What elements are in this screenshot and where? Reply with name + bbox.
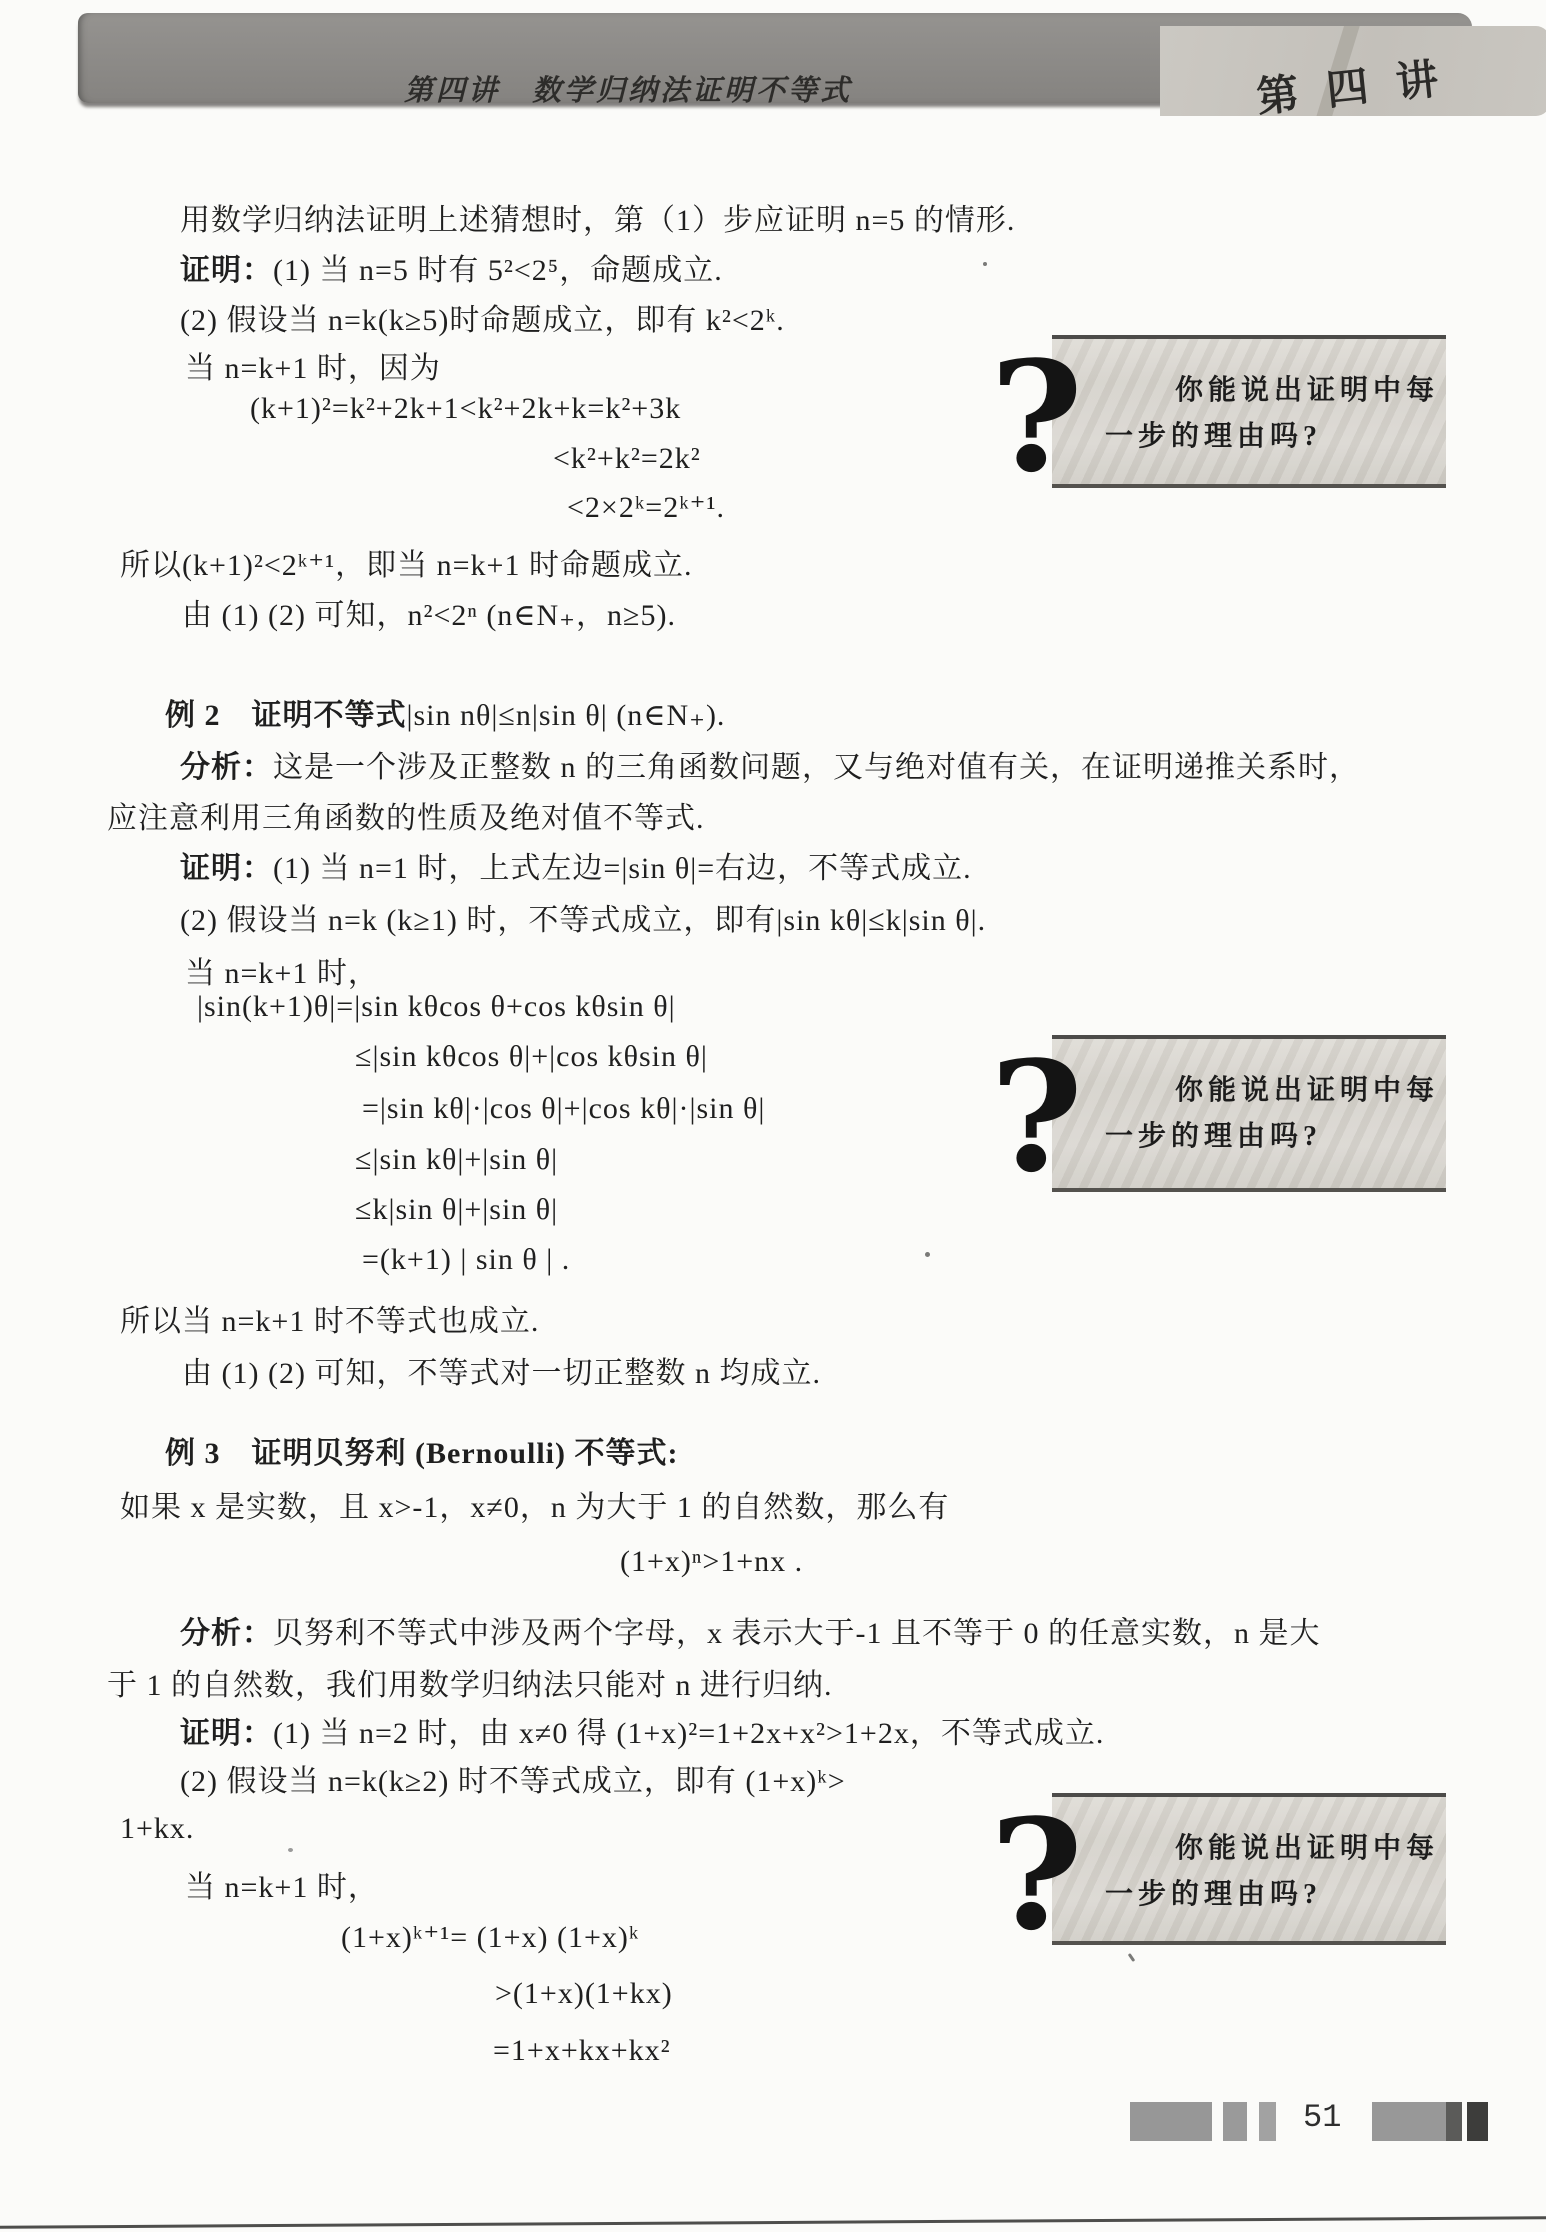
line-text: =|sin kθ|·|cos θ|+|cos kθ|·|sin θ|: [362, 1092, 765, 1125]
text-line: 当 n=k+1 时，: [185, 948, 379, 992]
footer-block: [1372, 2102, 1446, 2141]
margin-note: ? 你能说出证明中每 一步的理由吗?: [1052, 1793, 1446, 1945]
text-line: 由 (1) (2) 可知，不等式对一切正整数 n 均成立.: [182, 1348, 821, 1392]
note-text: 一步的理由吗?: [1105, 415, 1446, 459]
formula-line: (k+1)²=k²+2k+1<k²+2k+k=k²+3k: [250, 392, 681, 426]
formula-line: <k²+k²=2k²: [553, 442, 701, 476]
line-text: 当 n=k+1 时，: [185, 957, 379, 990]
line-text: 贝努利不等式中涉及两个字母，x 表示大于-1 且不等于 0 的任意实数，n 是大: [273, 1617, 1321, 1650]
line-text: 1+kx.: [120, 1812, 194, 1845]
bold-lead: 例 3 证明贝努利 (Bernoulli) 不等式:: [165, 1437, 679, 1470]
formula-line: <2×2ᵏ=2ᵏ⁺¹.: [567, 490, 725, 525]
text-line: 所以当 n=k+1 时不等式也成立.: [120, 1296, 539, 1340]
bold-lead: 证明：: [180, 254, 273, 287]
line-text: |sin(k+1)θ|=|sin kθcos θ+cos kθsin θ|: [197, 990, 676, 1023]
line-text: (2) 假设当 n=k(k≥2) 时不等式成立，即有 (1+x)ᵏ>: [180, 1765, 846, 1798]
example-2-heading: 例 2 证明不等式|sin nθ|≤n|sin θ| (n∈N₊).: [165, 690, 725, 734]
margin-note: ? 你能说出证明中每 一步的理由吗?: [1052, 335, 1446, 488]
question-mark-icon: ?: [990, 1799, 1084, 1951]
line-text: (1) 当 n=1 时，上式左边=|sin θ|=右边，不等式成立.: [273, 852, 972, 885]
chapter-corner-label: 第四讲: [1253, 43, 1468, 116]
note-text: 你能说出证明中每: [1175, 1827, 1446, 1871]
note-text: 一步的理由吗?: [1105, 1115, 1446, 1159]
line-text: =1+x+kx+kx²: [493, 2034, 671, 2067]
formula-line: >(1+x)(1+kx): [495, 1977, 673, 2011]
line-text: (2) 假设当 n=k(k≥5)时命题成立，即有 k²<2ᵏ.: [180, 304, 785, 337]
line-text: (k+1)²=k²+2k+1<k²+2k+k=k²+3k: [250, 392, 681, 425]
example-3-heading: 例 3 证明贝努利 (Bernoulli) 不等式:: [165, 1428, 679, 1472]
line-text: |sin nθ|≤n|sin θ| (n∈N₊).: [407, 699, 726, 732]
line-text: 这是一个涉及正整数 n 的三角函数问题，又与绝对值有关，在证明递推关系时，: [273, 751, 1360, 784]
scan-speck: [288, 1848, 293, 1852]
text-line: 用数学归纳法证明上述猜想时，第（1）步应证明 n=5 的情形.: [180, 195, 1015, 239]
formula-line: ≤|sin kθ|+|sin θ|: [355, 1143, 558, 1177]
margin-note: ? 你能说出证明中每 一步的理由吗?: [1052, 1035, 1446, 1192]
text-line: 分析：这是一个涉及正整数 n 的三角函数问题，又与绝对值有关，在证明递推关系时，: [180, 742, 1360, 786]
text-line: 当 n=k+1 时，: [185, 1862, 379, 1906]
line-text: ≤|sin kθcos θ|+|cos kθsin θ|: [355, 1040, 708, 1073]
text-line: 证明：(1) 当 n=2 时，由 x≠0 得 (1+x)²=1+2x+x²>1+…: [180, 1708, 1104, 1752]
line-text: 当 n=k+1 时，: [185, 1871, 379, 1904]
text-line: 由 (1) (2) 可知，n²<2ⁿ (n∈N₊，n≥5).: [182, 590, 676, 634]
line-text: <2×2ᵏ=2ᵏ⁺¹.: [567, 491, 725, 524]
line-text: 用数学归纳法证明上述猜想时，第（1）步应证明 n=5 的情形.: [180, 204, 1015, 237]
line-text: >(1+x)(1+kx): [495, 1977, 673, 2010]
scan-speck: [1128, 1953, 1136, 1962]
text-line: 分析：贝努利不等式中涉及两个字母，x 表示大于-1 且不等于 0 的任意实数，n…: [180, 1608, 1321, 1652]
line-text: (1) 当 n=2 时，由 x≠0 得 (1+x)²=1+2x+x²>1+2x，…: [273, 1717, 1104, 1750]
text-line: (2) 假设当 n=k(k≥5)时命题成立，即有 k²<2ᵏ.: [180, 295, 785, 339]
line-text: 如果 x 是实数，且 x>-1，x≠0，n 为大于 1 的自然数，那么有: [120, 1491, 949, 1524]
footer-block: [1446, 2102, 1462, 2141]
line-text: =(k+1) | sin θ | .: [362, 1243, 570, 1276]
line-text: 所以(k+1)²<2ᵏ⁺¹，即当 n=k+1 时命题成立.: [120, 549, 692, 582]
formula-line: ≤k|sin θ|+|sin θ|: [355, 1193, 558, 1227]
formula-line: =1+x+kx+kx²: [493, 2034, 671, 2068]
text-line: 当 n=k+1 时，因为: [185, 343, 441, 387]
scan-speck: [983, 262, 987, 266]
line-text: 应注意利用三角函数的性质及绝对值不等式.: [107, 802, 705, 835]
footer-block: [1223, 2102, 1247, 2141]
note-text: 一步的理由吗?: [1105, 1873, 1446, 1917]
line-text: (2) 假设当 n=k (k≥1) 时，不等式成立，即有|sin kθ|≤k|s…: [180, 904, 986, 937]
line-text: ≤|sin kθ|+|sin θ|: [355, 1143, 558, 1176]
line-text: 当 n=k+1 时，因为: [185, 352, 441, 385]
text-line: (2) 假设当 n=k (k≥1) 时，不等式成立，即有|sin kθ|≤k|s…: [180, 895, 986, 939]
text-line: 应注意利用三角函数的性质及绝对值不等式.: [107, 793, 705, 837]
text-line: 所以(k+1)²<2ᵏ⁺¹，即当 n=k+1 时命题成立.: [120, 540, 692, 584]
line-text: ≤k|sin θ|+|sin θ|: [355, 1193, 558, 1226]
footer-block: [1259, 2102, 1276, 2141]
bold-lead: 分析：: [180, 1617, 273, 1650]
line-text: 所以当 n=k+1 时不等式也成立.: [120, 1305, 539, 1338]
line-text: 由 (1) (2) 可知，n²<2ⁿ (n∈N₊，n≥5).: [182, 599, 676, 632]
footer-block: [1467, 2102, 1488, 2141]
line-text: (1+x)ⁿ>1+nx .: [620, 1545, 803, 1578]
formula-line: |sin(k+1)θ|=|sin kθcos θ+cos kθsin θ|: [197, 990, 676, 1024]
line-text: 由 (1) (2) 可知，不等式对一切正整数 n 均成立.: [182, 1357, 821, 1390]
note-text: 你能说出证明中每: [1175, 369, 1446, 413]
bold-lead: 证明：: [180, 1717, 273, 1750]
formula-line: ≤|sin kθcos θ|+|cos kθsin θ|: [355, 1040, 708, 1074]
question-mark-icon: ?: [990, 341, 1084, 493]
line-text: <k²+k²=2k²: [553, 442, 701, 475]
line-text: 于 1 的自然数，我们用数学归纳法只能对 n 进行归纳.: [107, 1669, 833, 1702]
footer-block: [1130, 2102, 1212, 2141]
bold-lead: 证明：: [180, 852, 273, 885]
formula-line: (1+x)ⁿ>1+nx .: [620, 1545, 803, 1579]
text-line: 1+kx.: [120, 1812, 194, 1846]
line-text: (1+x)ᵏ⁺¹= (1+x) (1+x)ᵏ: [341, 1921, 639, 1954]
formula-line: =(k+1) | sin θ | .: [362, 1243, 570, 1277]
formula-line: (1+x)ᵏ⁺¹= (1+x) (1+x)ᵏ: [341, 1920, 639, 1955]
text-line: (2) 假设当 n=k(k≥2) 时不等式成立，即有 (1+x)ᵏ>: [180, 1756, 846, 1800]
scan-speck: [925, 1252, 930, 1257]
bold-lead: 分析：: [180, 751, 273, 784]
text-line: 证明：(1) 当 n=5 时有 5²<2⁵，命题成立.: [180, 245, 723, 289]
page-number: 51: [1303, 2099, 1341, 2136]
bold-lead: 例 2 证明不等式: [165, 699, 407, 732]
formula-line: =|sin kθ|·|cos θ|+|cos kθ|·|sin θ|: [362, 1092, 765, 1126]
line-text: (1) 当 n=5 时有 5²<2⁵，命题成立.: [273, 254, 723, 287]
question-mark-icon: ?: [990, 1041, 1084, 1193]
note-text: 你能说出证明中每: [1175, 1069, 1446, 1113]
chapter-corner-tab: 第四讲: [1160, 26, 1546, 116]
text-line: 如果 x 是实数，且 x>-1，x≠0，n 为大于 1 的自然数，那么有: [120, 1482, 949, 1526]
textbook-page: 第四讲 第四讲 数学归纳法证明不等式 用数学归纳法证明上述猜想时，第（1）步应证…: [0, 0, 1546, 2232]
chapter-title: 第四讲 数学归纳法证明不等式: [404, 68, 852, 109]
text-line: 证明：(1) 当 n=1 时，上式左边=|sin θ|=右边，不等式成立.: [180, 843, 972, 887]
text-line: 于 1 的自然数，我们用数学归纳法只能对 n 进行归纳.: [107, 1660, 833, 1704]
page-edge-scan-line: [0, 2216, 1546, 2229]
